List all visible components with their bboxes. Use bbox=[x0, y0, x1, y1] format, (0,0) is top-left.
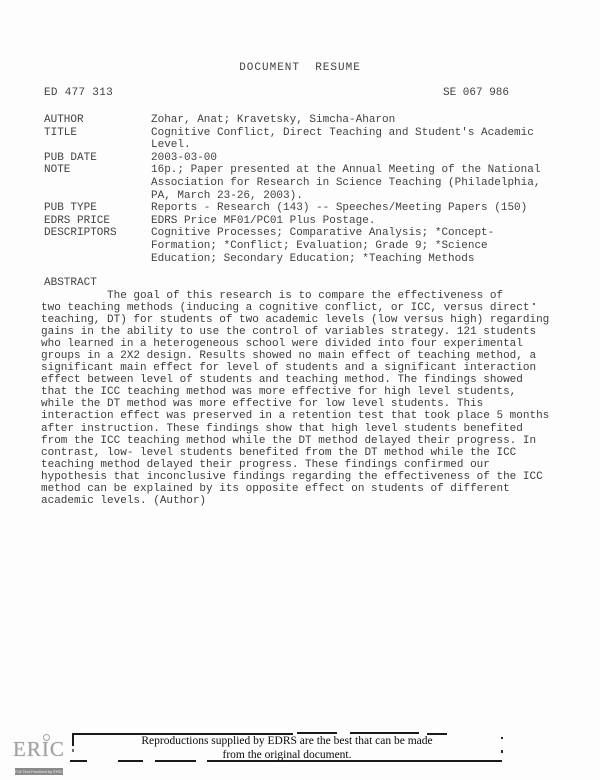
se-clearinghouse-number: SE 067 986 bbox=[443, 87, 509, 99]
reproduction-notice-line2: from the original document. bbox=[72, 748, 502, 762]
field-value-pub-type: Reports - Research (143) -- Speeches/Mee… bbox=[151, 202, 560, 215]
document-resume-heading: DOCUMENT RESUME bbox=[0, 62, 600, 74]
field-value-note: 16p.; Paper presented at the Annual Meet… bbox=[151, 164, 560, 202]
eric-tagline-band: Full Text Provided by ERIC bbox=[15, 768, 63, 775]
field-value-descriptors: Cognitive Processes; Comparative Analysi… bbox=[151, 227, 560, 265]
field-label-note: NOTE bbox=[44, 164, 151, 202]
field-value-title: Cognitive Conflict, Direct Teaching and … bbox=[151, 127, 560, 152]
field-label-title: TITLE bbox=[44, 127, 151, 152]
scan-speck bbox=[533, 303, 535, 305]
field-label-descriptors: DESCRIPTORS bbox=[44, 227, 151, 265]
field-label-pub-date: PUB DATE bbox=[44, 152, 151, 165]
eric-logo: ERIC Full Text Provided by ERIC bbox=[13, 737, 67, 777]
field-label-pub-type: PUB TYPE bbox=[44, 202, 151, 215]
eric-registered-mark-icon bbox=[43, 734, 50, 741]
abstract-heading: ABSTRACT bbox=[44, 277, 97, 289]
field-value-edrs-price: EDRS Price MF01/PC01 Plus Postage. bbox=[151, 215, 560, 228]
field-value-pub-date: 2003-03-00 bbox=[151, 152, 560, 165]
field-value-author: Zohar, Anat; Kravetsky, Simcha-Aharon bbox=[151, 114, 560, 127]
field-label-author: AUTHOR bbox=[44, 114, 151, 127]
scanned-document-page: DOCUMENT RESUME ED 477 313 SE 067 986 AU… bbox=[0, 0, 600, 780]
field-label-edrs-price: EDRS PRICE bbox=[44, 215, 151, 228]
abstract-text: The goal of this research is to compare … bbox=[41, 290, 549, 507]
eric-wordmark: ERIC bbox=[13, 738, 65, 760]
bibliographic-fields: AUTHOR Zohar, Anat; Kravetsky, Simcha-Ah… bbox=[44, 114, 560, 265]
ed-accession-number: ED 477 313 bbox=[44, 87, 113, 99]
reproduction-notice: Reproductions supplied by EDRS are the b… bbox=[72, 734, 502, 762]
reproduction-notice-line1: Reproductions supplied by EDRS are the b… bbox=[72, 734, 502, 748]
